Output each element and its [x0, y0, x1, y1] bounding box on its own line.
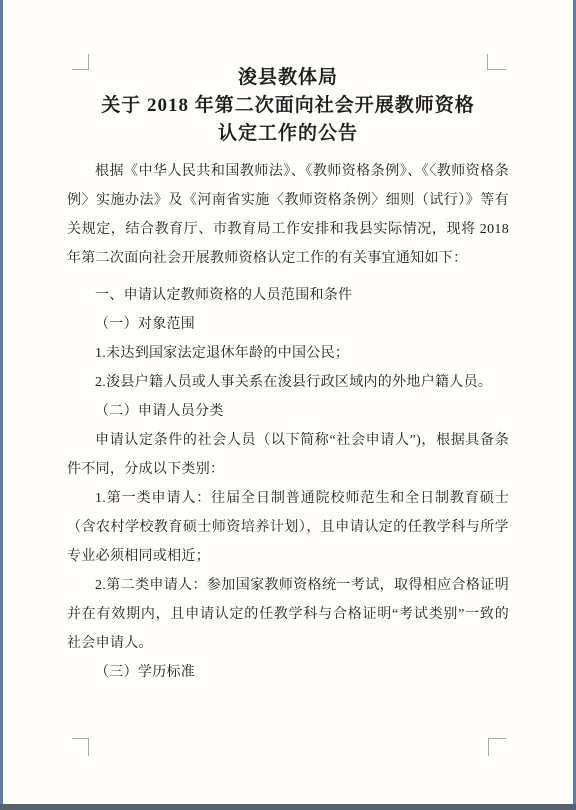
- list-item-category-1: 1.第一类申请人：往届全日制普通院校师范生和全日制教育硕士（含农村学校教育硕士师…: [67, 484, 509, 571]
- document-title: 浚县教体局 关于 2018 年第二次面向社会开展教师资格 认定工作的公告: [67, 64, 509, 148]
- paragraph-classification-intro: 申请认定条件的社会人员（以下简称“社会申请人”)，根据具备条件不同，分成以下类别…: [67, 426, 509, 484]
- list-item-scope-1: 1.未达到国家法定退休年龄的中国公民；: [67, 339, 509, 368]
- title-line-2: 关于 2018 年第二次面向社会开展教师资格: [67, 92, 509, 120]
- margin-crop-mark-bottom-left-icon: [72, 738, 89, 756]
- margin-crop-mark-bottom-right-icon: [488, 738, 506, 756]
- subsection-heading-1-1: （一）对象范围: [67, 310, 509, 339]
- subsection-heading-1-3: （三）学历标准: [67, 658, 509, 687]
- title-line-3: 认定工作的公告: [67, 120, 509, 148]
- list-item-category-2: 2.第二类申请人：参加国家教师资格统一考试，取得相应合格证明并在有效期内，且申请…: [67, 571, 509, 658]
- title-line-1: 浚县教体局: [67, 64, 509, 92]
- window-bottom-edge: [0, 804, 576, 810]
- list-item-scope-2: 2.浚县户籍人员或人事关系在浚县行政区域内的外地户籍人员。: [67, 368, 509, 397]
- section-heading-1: 一、申请认定教师资格的人员范围和条件: [67, 281, 509, 310]
- document-page: 浚县教体局 关于 2018 年第二次面向社会开展教师资格 认定工作的公告 根据《…: [67, 64, 509, 687]
- subsection-heading-1-2: （二）申请人员分类: [67, 397, 509, 426]
- window-left-edge: [0, 0, 3, 810]
- paragraph-intro: 根据《中华人民共和国教师法》、《教师资格条例》、《〈教师资格条例〉实施办法》及《…: [67, 157, 509, 273]
- document-viewer-frame: 浚县教体局 关于 2018 年第二次面向社会开展教师资格 认定工作的公告 根据《…: [0, 0, 576, 810]
